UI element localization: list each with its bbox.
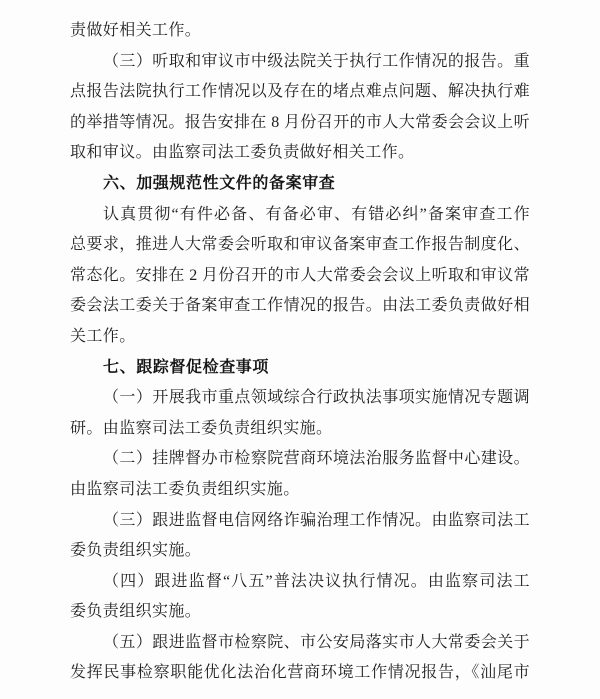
document-page: 责做好相关工作。 （三）听取和审议市中级法院关于执行工作情况的报告。重 点报告法… <box>0 0 600 699</box>
text-line: 取和审议。由监察司法工委负责做好相关工作。 <box>70 138 530 169</box>
text-column: 责做好相关工作。 （三）听取和审议市中级法院关于执行工作情况的报告。重 点报告法… <box>70 16 530 689</box>
text-line: 认真贯彻“有件必备、有备必审、有错必纠”备案审查工作 <box>70 200 530 231</box>
text-line: 委负责组织实施。 <box>70 597 530 628</box>
text-line: （一）开展我市重点领域综合行政执法事项实施情况专题调 <box>70 383 530 414</box>
text-line: 由监察司法工委负责组织实施。 <box>70 475 530 506</box>
text-line: （三）跟进监督电信网络诈骗治理工作情况。由监察司法工 <box>70 506 530 537</box>
text-line: 研。由监察司法工委负责组织实施。 <box>70 414 530 445</box>
text-line: 委负责组织实施。 <box>70 536 530 567</box>
text-line: 委会法工委关于备案审查工作情况的报告。由法工委负责做好相 <box>70 291 530 322</box>
text-line: （二）挂牌督办市检察院营商环境法治服务监督中心建设。 <box>70 444 530 475</box>
text-line: 点报告法院执行工作情况以及存在的堵点难点问题、解决执行难 <box>70 77 530 108</box>
text-line: （四）跟进监督“八五”普法决议执行情况。由监察司法工 <box>70 567 530 598</box>
section-heading-seven: 七、跟踪督促检查事项 <box>70 353 530 384</box>
text-line: 的举措等情况。报告安排在 8 月份召开的市人大常委会会议上听 <box>70 108 530 139</box>
section-heading-six: 六、加强规范性文件的备案审查 <box>70 169 530 200</box>
text-line: 常态化。安排在 2 月份召开的市人大常委会会议上听取和审议常 <box>70 261 530 292</box>
text-line: 总要求，推进人大常委会听取和审议备案审查工作报告制度化、 <box>70 230 530 261</box>
text-line: 责做好相关工作。 <box>70 16 530 47</box>
text-line: （五）跟进监督市检察院、市公安局落实市人大常委会关于 <box>70 628 530 659</box>
text-line: （三）听取和审议市中级法院关于执行工作情况的报告。重 <box>70 47 530 78</box>
text-line: 发挥民事检察职能优化法治化营商环境工作情况报告，《汕尾市 <box>70 658 530 689</box>
text-line: 关工作。 <box>70 322 530 353</box>
